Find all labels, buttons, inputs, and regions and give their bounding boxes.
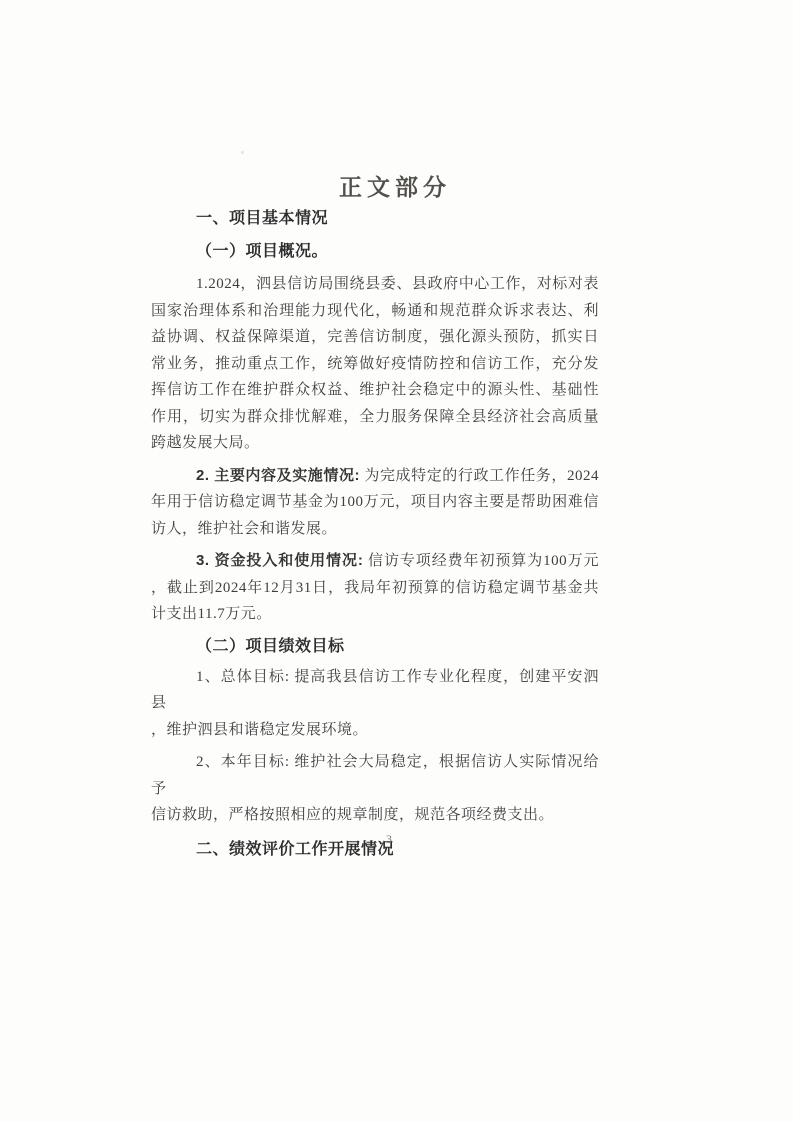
paragraph-line: 跨越发展大局。 (151, 430, 599, 457)
scanned-document-page: 正文部分 一、项目基本情况 （一）项目概况。 1.2024，泗县信访局围绕县委、… (0, 0, 793, 1122)
section-heading-evaluation-work: 二、绩效评价工作开展情况 (151, 837, 599, 863)
page-number: 3 (383, 832, 395, 847)
paragraph-line: 1.2024，泗县信访局围绕县委、县政府中心工作，对标对表 (151, 271, 599, 298)
paragraph-line: 信访救助，严格按照相应的规章制度，规范各项经费支出。 (151, 802, 599, 829)
paragraph-line: 挥信访工作在维护群众权益、维护社会稳定中的源头性、基础性 (151, 377, 599, 404)
section-heading-project-basic-info: 一、项目基本情况 (151, 206, 599, 232)
paragraph-line: 作用，切实为群众排忧解难，全力服务保障全县经济社会高质量 (151, 404, 599, 431)
document-title: 正文部分 (151, 172, 599, 204)
subsection-heading-project-overview: （一）项目概况。 (151, 239, 599, 265)
content-column: 正文部分 一、项目基本情况 （一）项目概况。 1.2024，泗县信访局围绕县委、… (151, 0, 599, 863)
paragraph-funding-usage: 3. 资金投入和使用情况: 信访专项经费年初预算为100万元 ，截止到2024年… (151, 548, 599, 628)
lead-rest-text: 为完成特定的行政工作任务，2024 (360, 468, 599, 484)
paragraph-main-content-implementation: 2. 主要内容及实施情况: 为完成特定的行政工作任务，2024 年用于信访稳定调… (151, 463, 599, 543)
paragraph-line: 1、总体目标: 提高我县信访工作专业化程度，创建平安泗县 (151, 664, 599, 717)
paragraph-line: ，维护泗县和谐稳定发展环境。 (151, 717, 599, 744)
paragraph-line: 2、本年目标: 维护社会大局稳定，根据信访人实际情况给予 (151, 749, 599, 802)
subsection-heading-performance-goals: （二）项目绩效目标 (151, 634, 599, 660)
paragraph-line: 3. 资金投入和使用情况: 信访专项经费年初预算为100万元 (151, 548, 599, 575)
paragraph-overall-goal: 1、总体目标: 提高我县信访工作专业化程度，创建平安泗县 ，维护泗县和谐稳定发展… (151, 664, 599, 744)
bold-lead: 3. 资金投入和使用情况: (196, 552, 363, 569)
paragraph-line: 年用于信访稳定调节基金为100万元，项目内容主要是帮助困难信 (151, 489, 599, 516)
paragraph-line: 益协调、权益保障渠道，完善信访制度，强化源头预防，抓实日 (151, 324, 599, 351)
paragraph-line: ，截止到2024年12月31日，我局年初预算的信访稳定调节基金共 (151, 575, 599, 602)
paragraph-line: 2. 主要内容及实施情况: 为完成特定的行政工作任务，2024 (151, 463, 599, 490)
paragraph-line: 访人，维护社会和谐发展。 (151, 516, 599, 543)
paragraph-line: 国家治理体系和治理能力现代化，畅通和规范群众诉求表达、利 (151, 298, 599, 325)
lead-rest-text: 信访专项经费年初预算为100万元 (363, 553, 599, 569)
paragraph-line: 常业务，推动重点工作，统筹做好疫情防控和信访工作，充分发 (151, 351, 599, 378)
bold-lead: 2. 主要内容及实施情况: (196, 467, 360, 484)
paragraph-project-overview: 1.2024，泗县信访局围绕县委、县政府中心工作，对标对表 国家治理体系和治理能… (151, 271, 599, 457)
paragraph-line: 计支出11.7万元。 (151, 601, 599, 628)
paragraph-annual-goal: 2、本年目标: 维护社会大局稳定，根据信访人实际情况给予 信访救助，严格按照相应… (151, 749, 599, 829)
